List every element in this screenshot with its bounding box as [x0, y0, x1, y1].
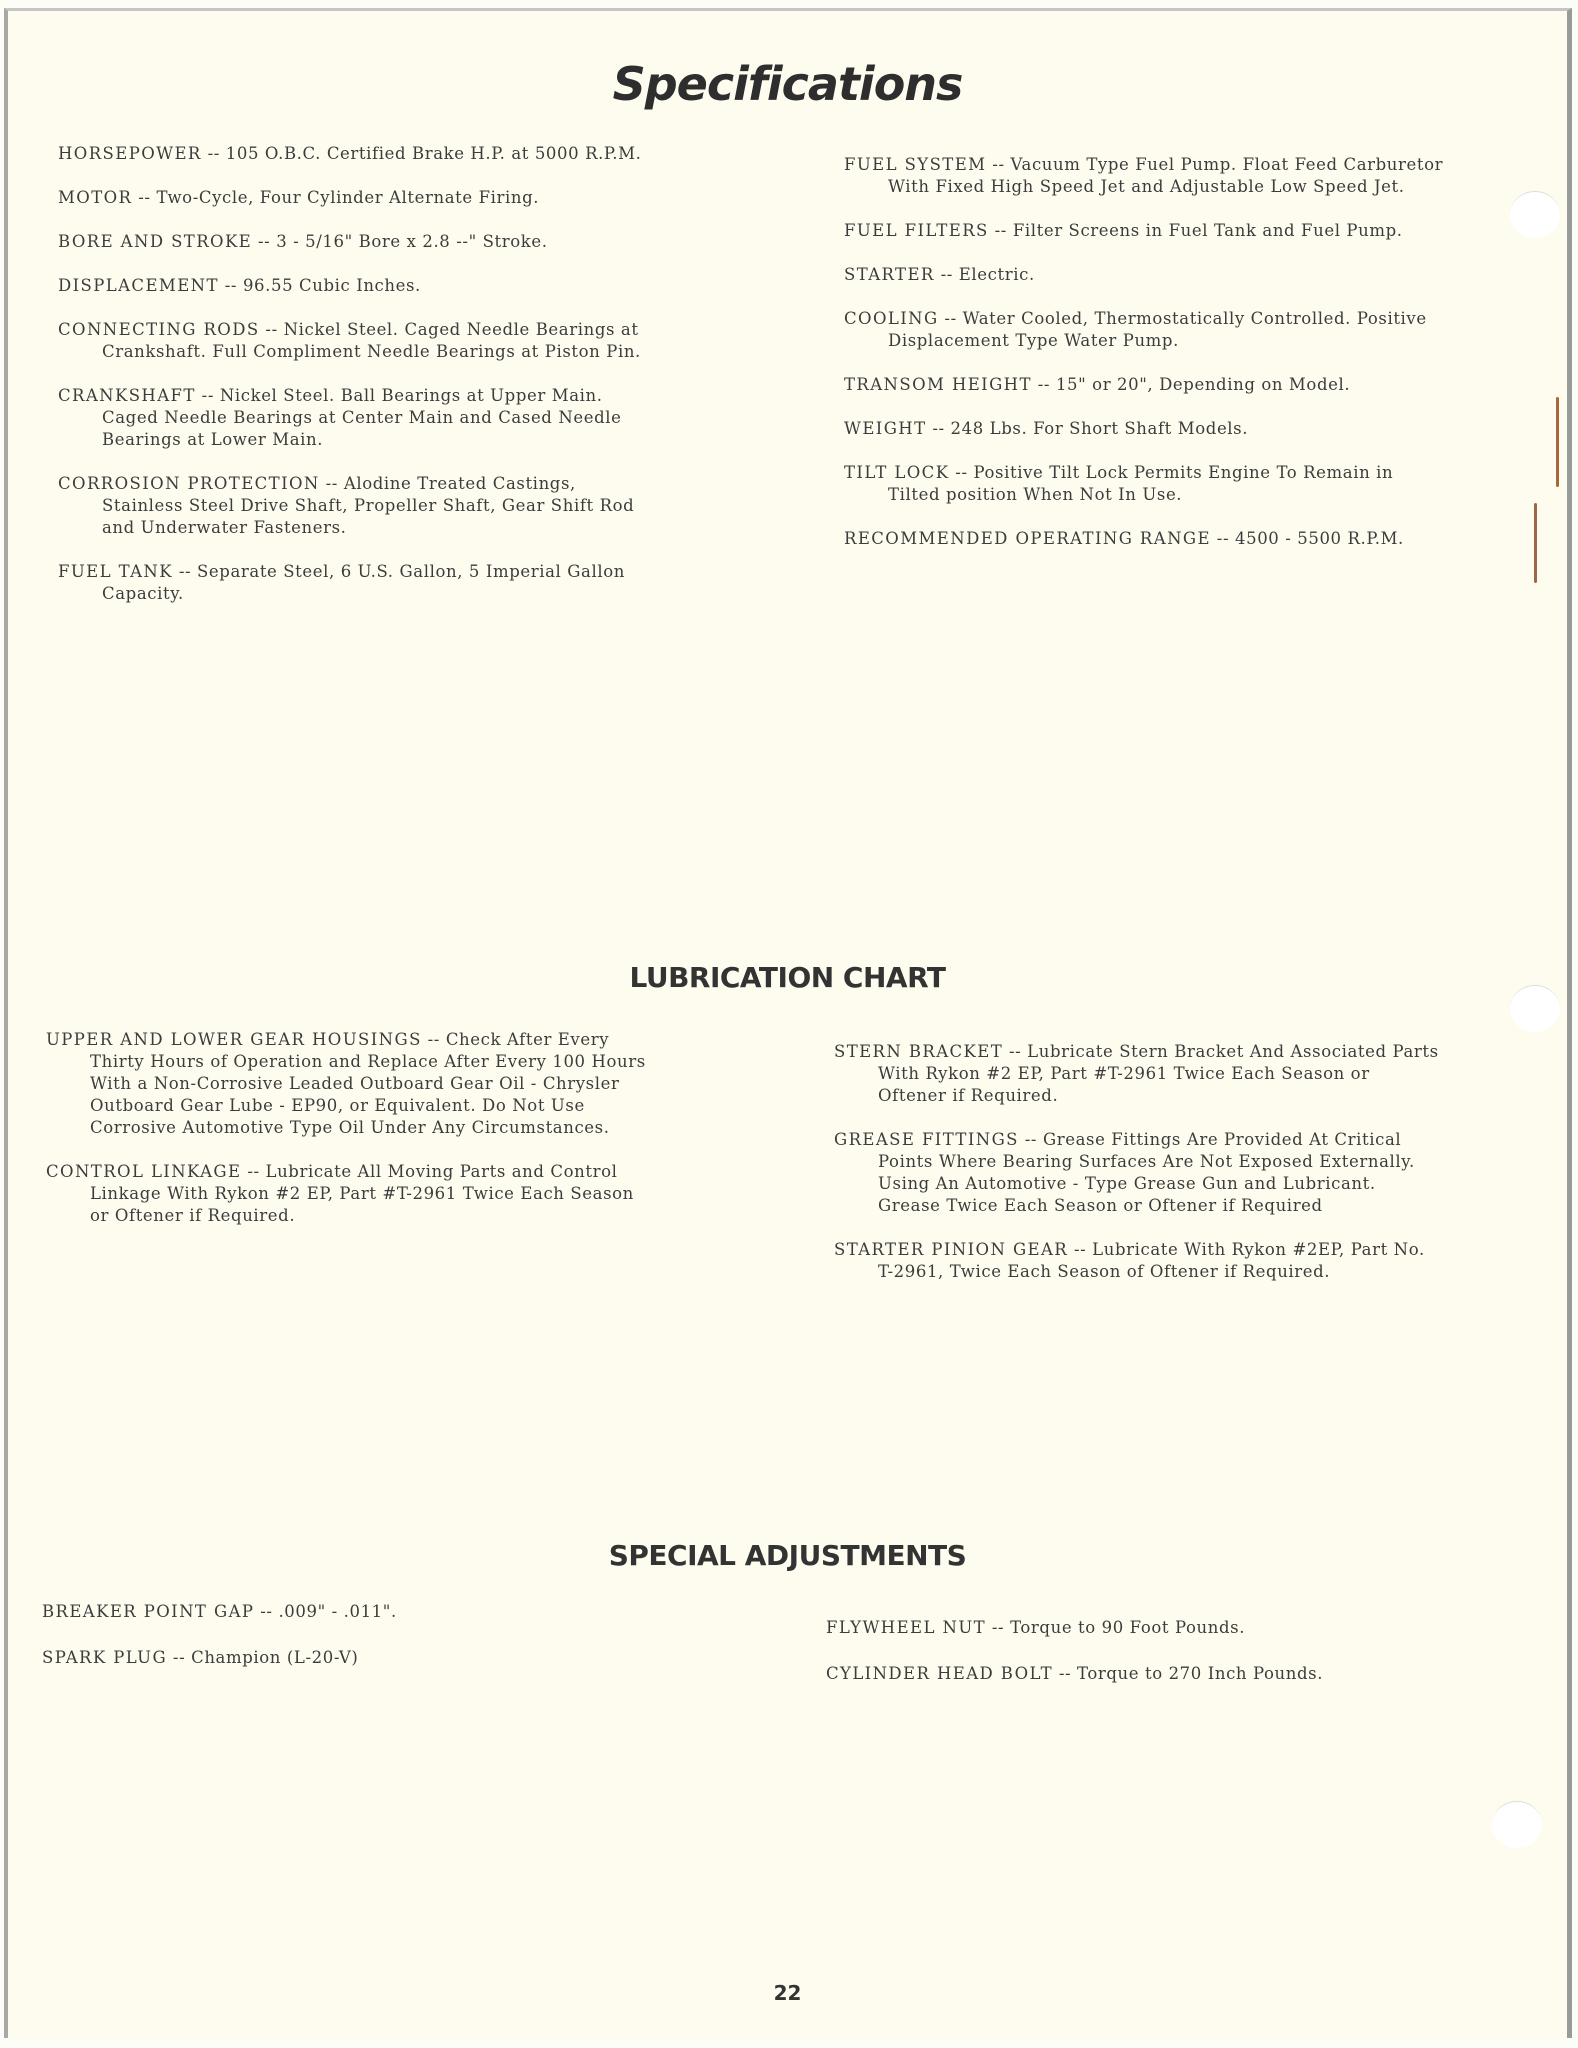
adjustment-entry: SPARK PLUG -- Champion (L-20-V)	[42, 1647, 642, 1669]
punch-hole-icon	[1510, 191, 1560, 238]
adjustments-right-column: FLYWHEEL NUT -- Torque to 90 Foot Pounds…	[826, 1617, 1446, 1685]
lubrication-right-column: STERN BRACKET -- Lubricate Stern Bracket…	[834, 1041, 1444, 1283]
spec-entry: WEIGHT -- 248 Lbs. For Short Shaft Model…	[844, 418, 1444, 440]
adjustment-entry: CYLINDER HEAD BOLT -- Torque to 270 Inch…	[826, 1663, 1446, 1685]
lubrication-entry: STARTER PINION GEAR -- Lubricate With Ry…	[834, 1239, 1444, 1283]
lubrication-entry: CONTROL LINKAGE -- Lubricate All Moving …	[46, 1161, 656, 1227]
adjustment-entry: FLYWHEEL NUT -- Torque to 90 Foot Pounds…	[826, 1617, 1446, 1639]
page-title: Specifications	[8, 57, 1567, 111]
adjustment-entry: BREAKER POINT GAP -- .009" - .011".	[42, 1601, 642, 1623]
spec-entry: HORSEPOWER -- 105 O.B.C. Certified Brake…	[58, 143, 658, 165]
spec-entry: FUEL TANK -- Separate Steel, 6 U.S. Gall…	[58, 561, 658, 605]
lubrication-entry: STERN BRACKET -- Lubricate Stern Bracket…	[834, 1041, 1444, 1107]
spec-entry: FUEL FILTERS -- Filter Screens in Fuel T…	[844, 220, 1444, 242]
spec-entry: RECOMMENDED OPERATING RANGE -- 4500 - 55…	[844, 528, 1444, 550]
adjustments-left-column: BREAKER POINT GAP -- .009" - .011". SPAR…	[42, 1601, 642, 1669]
spec-entry: COOLING -- Water Cooled, Thermostaticall…	[844, 308, 1444, 352]
adjustments-heading: SPECIAL ADJUSTMENTS	[8, 1539, 1567, 1572]
spec-entry: MOTOR -- Two-Cycle, Four Cylinder Altern…	[58, 187, 658, 209]
spec-entry: STARTER -- Electric.	[844, 264, 1444, 286]
spec-entry: BORE AND STROKE -- 3 - 5/16" Bore x 2.8 …	[58, 231, 658, 253]
pen-mark	[1534, 503, 1537, 583]
spec-entry: CONNECTING RODS -- Nickel Steel. Caged N…	[58, 319, 658, 363]
spec-entry: TILT LOCK -- Positive Tilt Lock Permits …	[844, 462, 1444, 506]
spec-entry: CORROSION PROTECTION -- Alodine Treated …	[58, 473, 658, 539]
specs-left-column: HORSEPOWER -- 105 O.B.C. Certified Brake…	[58, 143, 658, 605]
spec-entry: CRANKSHAFT -- Nickel Steel. Ball Bearing…	[58, 385, 658, 451]
spec-entry: DISPLACEMENT -- 96.55 Cubic Inches.	[58, 275, 658, 297]
specs-right-column: FUEL SYSTEM -- Vacuum Type Fuel Pump. Fl…	[844, 154, 1444, 550]
pen-mark	[1556, 397, 1559, 487]
lubrication-entry: UPPER AND LOWER GEAR HOUSINGS -- Check A…	[46, 1029, 656, 1139]
punch-hole-icon	[1492, 1801, 1542, 1848]
spec-entry: FUEL SYSTEM -- Vacuum Type Fuel Pump. Fl…	[844, 154, 1444, 198]
document-page: Specifications HORSEPOWER -- 105 O.B.C. …	[4, 8, 1572, 2038]
page-number: 22	[8, 1981, 1567, 2005]
lubrication-heading: LUBRICATION CHART	[8, 961, 1567, 994]
lubrication-left-column: UPPER AND LOWER GEAR HOUSINGS -- Check A…	[46, 1029, 656, 1227]
spec-entry: TRANSOM HEIGHT -- 15" or 20", Depending …	[844, 374, 1444, 396]
lubrication-entry: GREASE FITTINGS -- Grease Fittings Are P…	[834, 1129, 1444, 1217]
punch-hole-icon	[1510, 985, 1560, 1032]
